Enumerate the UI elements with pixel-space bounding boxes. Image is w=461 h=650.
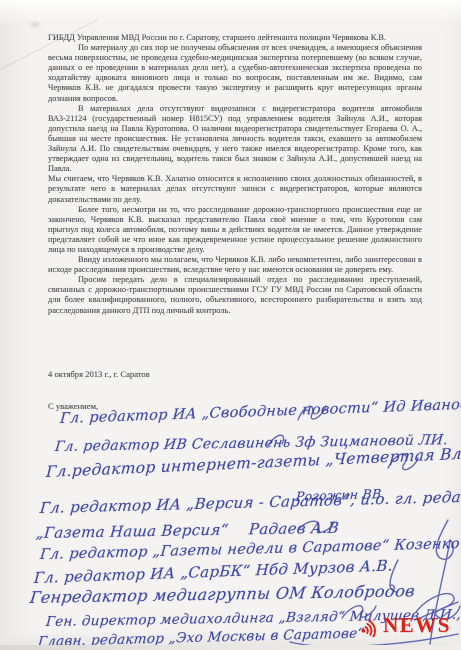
scanned-letter-page: ГИБДД Управления МВД России по г. Сарато…: [0, 0, 461, 650]
signature-line: Гл. редактор ИА „Свободные новости“ Ид И…: [59, 395, 461, 427]
news-watermark-label: NEWS: [383, 615, 451, 636]
paragraph: По материалу до сих пор не получены объя…: [48, 43, 422, 104]
paragraph: Более того, несмотря на то, что расследо…: [48, 205, 422, 255]
paragraph: В материалах дела отсутствуют видеозапис…: [48, 104, 422, 175]
paragraph: Мы считаем, что Червяков К.В. Халатно от…: [48, 174, 422, 204]
news-watermark: NEWS: [359, 614, 451, 637]
paragraph: Просим передать дело в специализированны…: [48, 275, 422, 315]
signature-line: „Газета Наша Версия“ Радаев А.В: [35, 519, 340, 542]
signature-line: Гл. редактор ИА „Версия - Саратов“, и.о.…: [39, 487, 461, 517]
recipient-line: ГИБДД Управления МВД России по г. Сарато…: [48, 33, 422, 43]
paragraph: Ввиду изложенного мы полагаем, что Червя…: [48, 255, 422, 275]
broadcast-waves-icon: [359, 614, 382, 637]
letter-body: ГИБДД Управления МВД России по г. Сарато…: [48, 33, 422, 316]
scan-smudge-artifact: [27, 20, 43, 29]
scan-bottom-edge: [0, 645, 461, 650]
date-place-line: 4 октября 2013 г., г. Саратов: [48, 369, 150, 379]
